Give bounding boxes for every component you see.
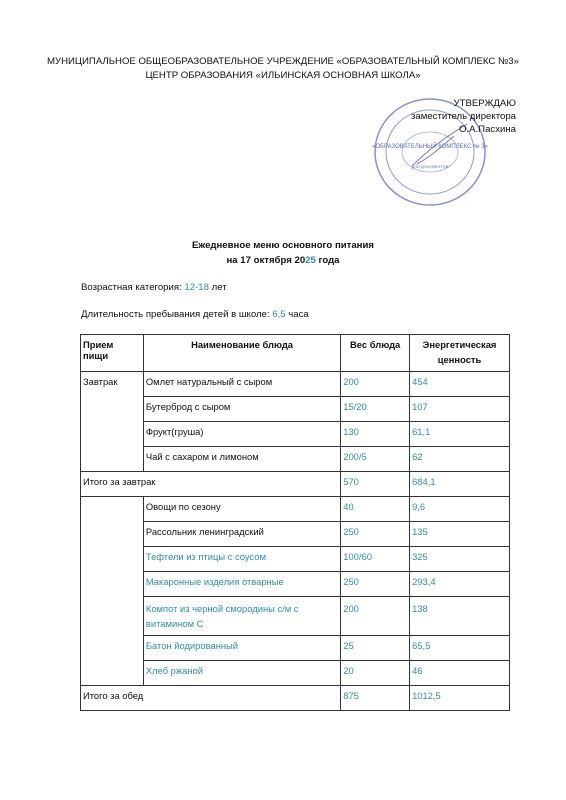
dish-weight: 250 (341, 572, 410, 597)
dish-name: Компот из черной смородины с/м с витамин… (143, 597, 340, 636)
center-name: ЦЕНТР ОБРАЗОВАНИЯ «ИЛЬИНСКАЯ ОСНОВНАЯ ШК… (0, 69, 566, 83)
dish-name: Бутерброд с сыром (143, 397, 340, 422)
table-row: Рассольник ленинградский250135 (81, 522, 510, 547)
table-row: ЗавтракОмлет натуральный с сыром200454 (81, 372, 510, 397)
table-header-row: Прием пищи Наименование блюда Вес блюда … (81, 335, 510, 372)
dish-weight: 25 (341, 636, 410, 661)
meal-cell (81, 497, 144, 686)
table-row: Бутерброд с сыром15/20107 (81, 397, 510, 422)
table-row: Овощи по сезону409,6 (81, 497, 510, 522)
total-weight: 570 (341, 472, 410, 497)
dish-energy: 135 (410, 522, 510, 547)
table-row: Компот из черной смородины с/м с витамин… (81, 597, 510, 636)
approval-heading: УТВЕРЖДАЮ (411, 97, 516, 110)
header-dish: Наименование блюда (143, 335, 340, 372)
dish-name: Хлеб ржаной (143, 661, 340, 686)
dish-name: Фрукт(груша) (143, 422, 340, 447)
dish-name: Овощи по сезону (143, 497, 340, 522)
dish-weight: 20 (341, 661, 410, 686)
stay-duration: Длительность пребывания детей в школе: 6… (81, 309, 309, 320)
institution-name: МУНИЦИПАЛЬНОЕ ОБЩЕОБРАЗОВАТЕЛЬНОЕ УЧРЕЖД… (0, 55, 566, 69)
dish-energy: 138 (410, 597, 510, 636)
table-row: Тефтели из птицы с соусом100/60325 (81, 547, 510, 572)
dish-weight: 200 (341, 597, 410, 636)
dish-name: Батон йодированный (143, 636, 340, 661)
dish-name: Чай с сахаром и лимоном (143, 447, 340, 472)
dish-weight: 15/20 (341, 397, 410, 422)
dish-energy: 62 (410, 447, 510, 472)
dish-energy: 9,6 (410, 497, 510, 522)
menu-date: на 17 октября 2025 года (0, 253, 566, 268)
dish-weight: 200/5 (341, 447, 410, 472)
dish-name: Макаронные изделия отварные (143, 572, 340, 597)
meal-cell: Завтрак (81, 372, 144, 472)
total-energy: 1012,5 (410, 686, 510, 711)
dish-weight: 200 (341, 372, 410, 397)
dish-weight: 40 (341, 497, 410, 522)
total-row: Итого за обед8751012,5 (81, 686, 510, 711)
menu-table: Прием пищи Наименование блюда Вес блюда … (80, 334, 510, 711)
header-weight: Вес блюда (341, 335, 410, 372)
total-energy: 684,1 (410, 472, 510, 497)
table-row: Фрукт(груша)13061,1 (81, 422, 510, 447)
dish-energy: 65,5 (410, 636, 510, 661)
dish-weight: 250 (341, 522, 410, 547)
dish-name: Омлет натуральный с сыром (143, 372, 340, 397)
menu-title: Ежедневное меню основного питания (0, 238, 566, 253)
dish-energy: 454 (410, 372, 510, 397)
dish-name: Рассольник ленинградский (143, 522, 340, 547)
table-row: Батон йодированный2565,5 (81, 636, 510, 661)
header-energy: Энергетическая ценность (410, 335, 510, 372)
approver-name: О.А.Пасхина (411, 123, 516, 136)
dish-energy: 325 (410, 547, 510, 572)
total-label: Итого за завтрак (81, 472, 341, 497)
total-label: Итого за обед (81, 686, 341, 711)
table-row: Макаронные изделия отварные250293,4 (81, 572, 510, 597)
total-weight: 875 (341, 686, 410, 711)
dish-energy: 107 (410, 397, 510, 422)
dish-energy: 293,4 (410, 572, 510, 597)
table-row: Чай с сахаром и лимоном200/562 (81, 447, 510, 472)
svg-text:ДЛЯ ДОКУМЕНТОВ: ДЛЯ ДОКУМЕНТОВ (411, 164, 448, 169)
age-category: Возрастная категория: 12-18 лет (81, 282, 227, 293)
approval-block: УТВЕРЖДАЮ заместитель директора О.А.Пасх… (411, 97, 516, 136)
total-row: Итого за завтрак570684,1 (81, 472, 510, 497)
approver-title: заместитель директора (411, 110, 516, 123)
dish-weight: 130 (341, 422, 410, 447)
header-meal: Прием пищи (81, 335, 144, 372)
dish-weight: 100/60 (341, 547, 410, 572)
svg-text:«ОБРАЗОВАТЕЛЬНЫЙ КОМПЛЕКС № 3»: «ОБРАЗОВАТЕЛЬНЫЙ КОМПЛЕКС № 3» (372, 142, 488, 150)
table-row: Хлеб ржаной2046 (81, 661, 510, 686)
dish-energy: 61,1 (410, 422, 510, 447)
dish-name: Тефтели из птицы с соусом (143, 547, 340, 572)
dish-energy: 46 (410, 661, 510, 686)
